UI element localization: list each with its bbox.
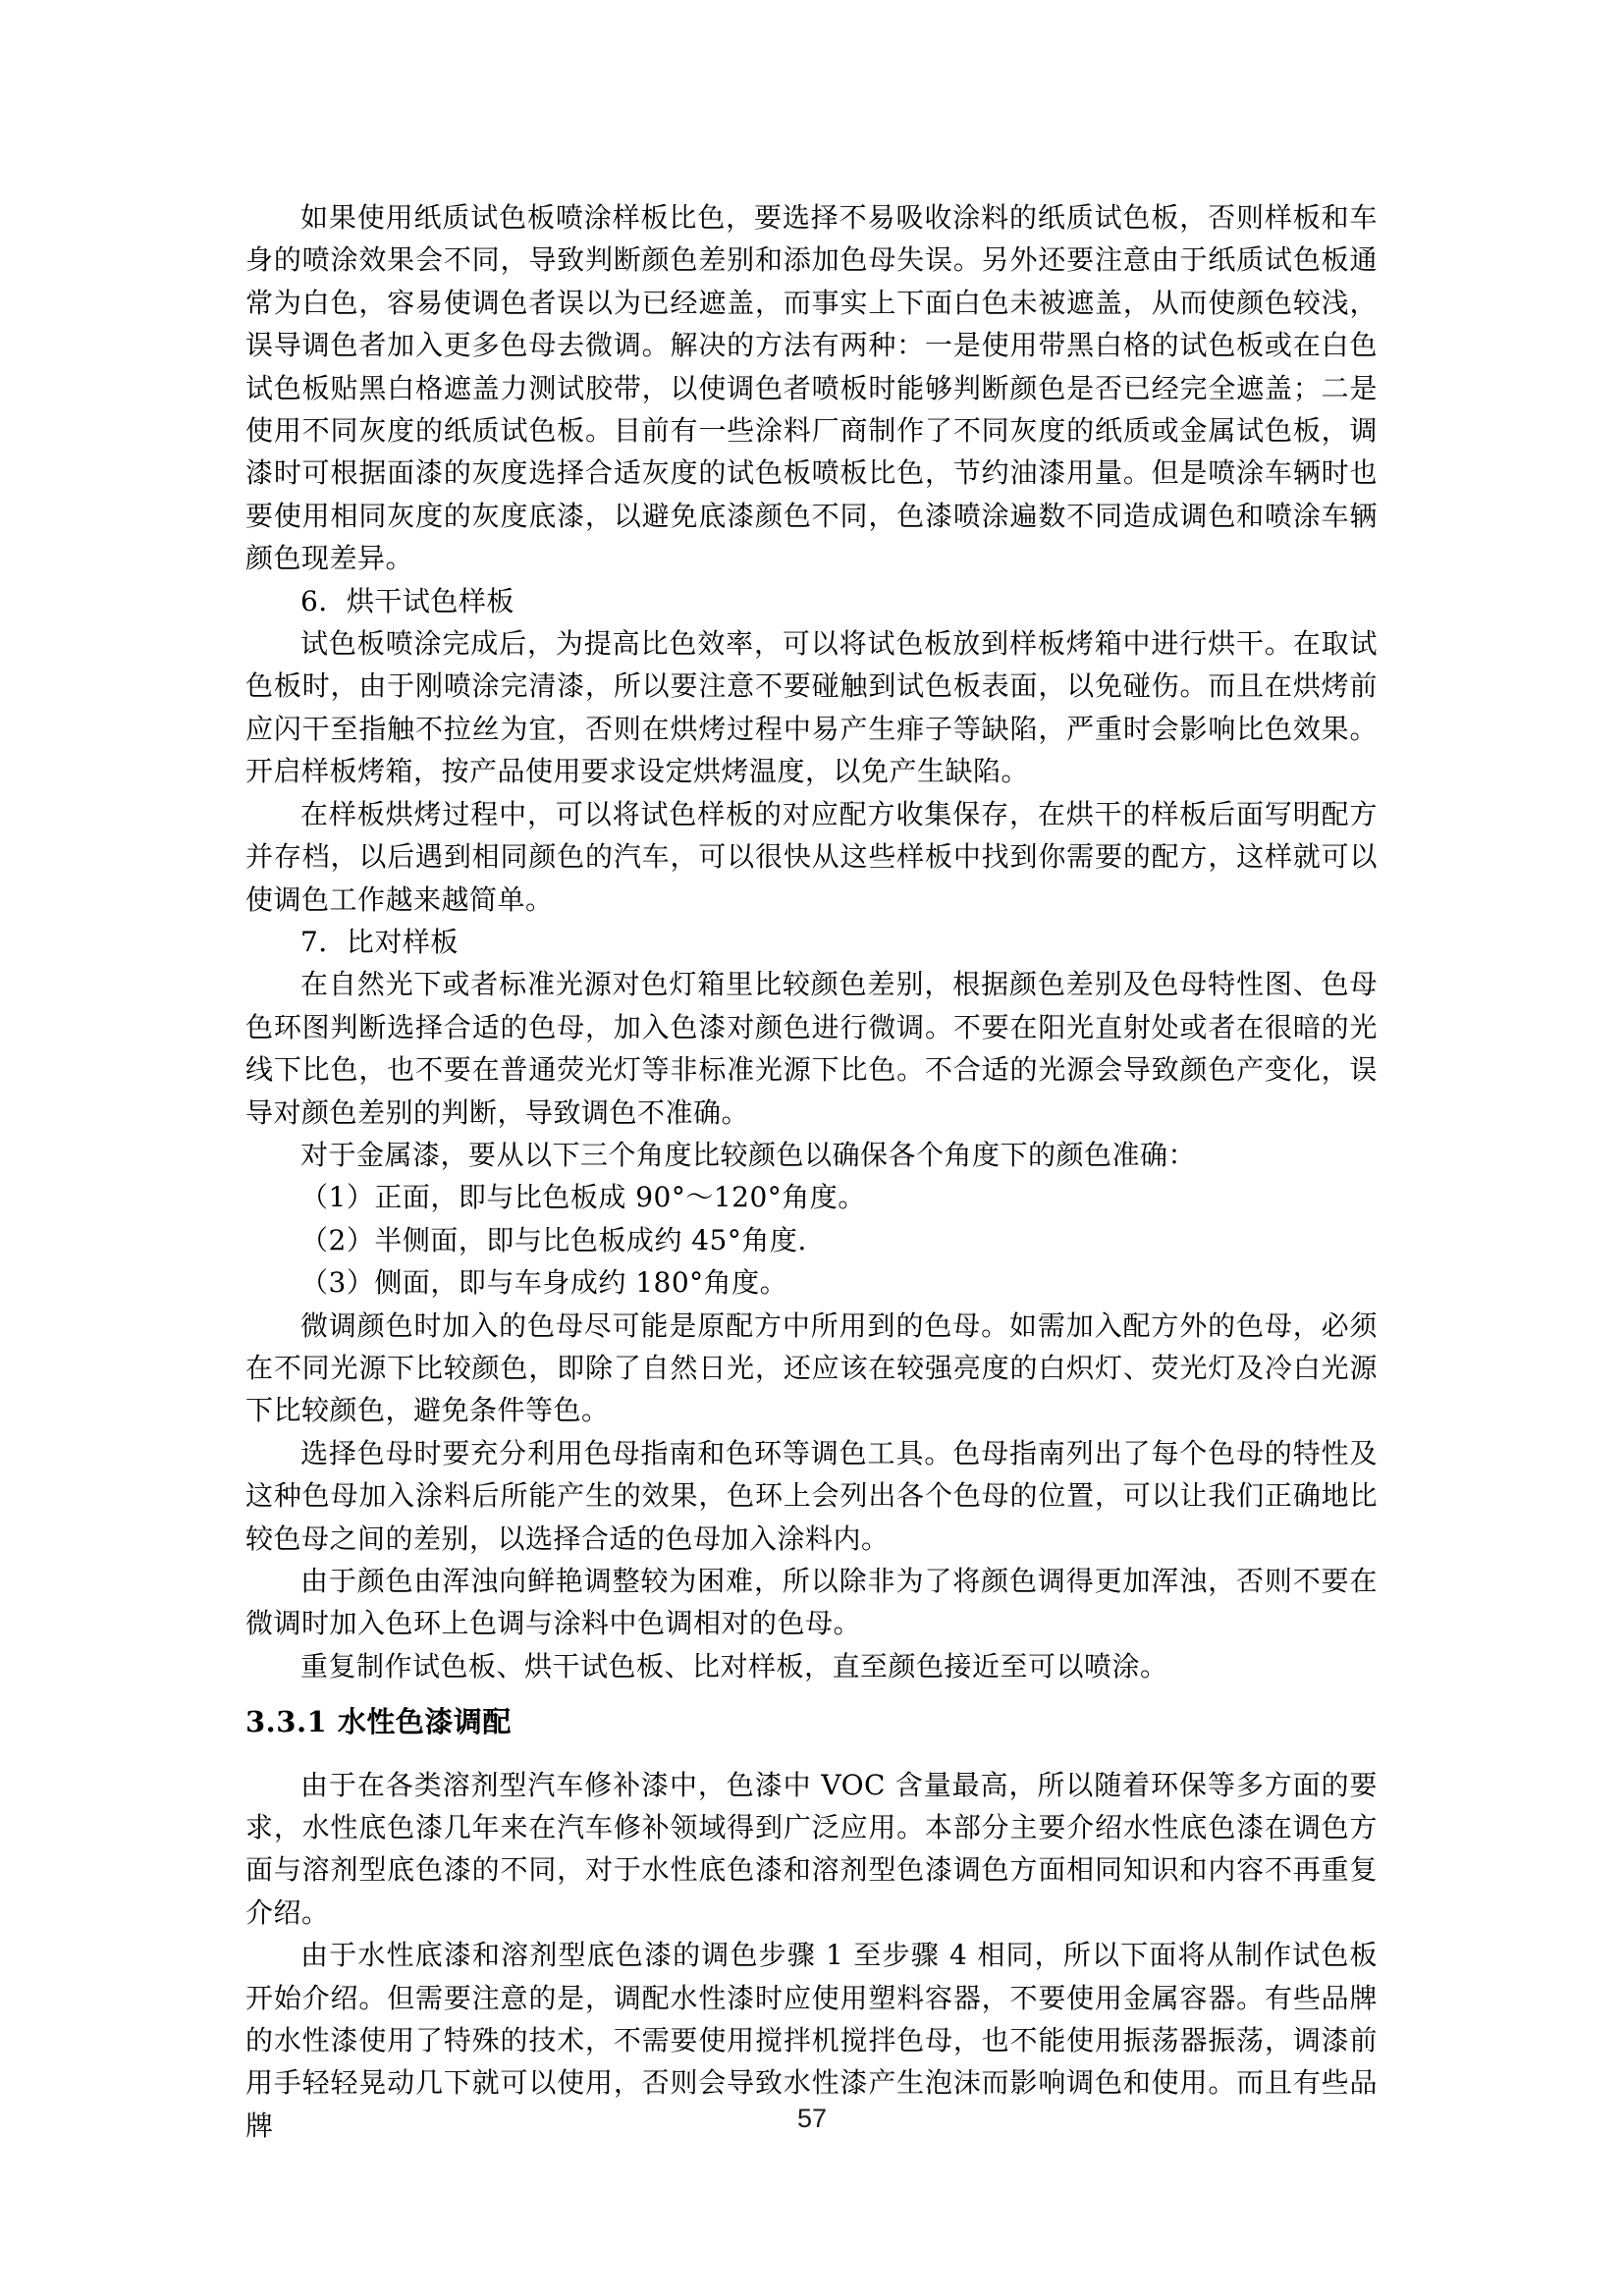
body-paragraph: 微调颜色时加入的色母尽可能是原配方中所用到的色母。如需加入配方外的色母，必须在不…: [245, 1305, 1378, 1432]
numbered-subheading-7: 7．比对样板: [245, 921, 1378, 963]
angle-item-1: （1）正面，即与比色板成 90°～120°角度。: [245, 1176, 1378, 1218]
body-paragraph: 在自然光下或者标准光源对色灯箱里比较颜色差别，根据颜色差别及色母特性图、色母色环…: [245, 963, 1378, 1134]
document-body: 如果使用纸质试色板喷涂样板比色，要选择不易吸收涂料的纸质试色板，否则样板和车身的…: [245, 196, 1378, 2147]
body-paragraph: 选择色母时要充分利用色母指南和色环等调色工具。色母指南列出了每个色母的特性及这种…: [245, 1432, 1378, 1560]
body-paragraph: 试色板喷涂完成后，为提高比色效率，可以将试色板放到样板烤箱中进行烘干。在取试色板…: [245, 622, 1378, 793]
body-paragraph: 在样板烘烤过程中，可以将试色样板的对应配方收集保存，在烘干的样板后面写明配方并存…: [245, 793, 1378, 921]
body-paragraph: 重复制作试色板、烘干试色板、比对样板，直至颜色接近至可以喷涂。: [245, 1645, 1378, 1687]
angle-item-2: （2）半侧面，即与比色板成约 45°角度.: [245, 1219, 1378, 1261]
section-heading-3-3-1: 3.3.1 水性色漆调配: [245, 1701, 1378, 1743]
document-page: 如果使用纸质试色板喷涂样板比色，要选择不易吸收涂料的纸质试色板，否则样板和车身的…: [0, 0, 1624, 2296]
body-paragraph: 由于颜色由浑浊向鲜艳调整较为困难，所以除非为了将颜色调得更加浑浊，否则不要在微调…: [245, 1560, 1378, 1645]
body-paragraph: 如果使用纸质试色板喷涂样板比色，要选择不易吸收涂料的纸质试色板，否则样板和车身的…: [245, 196, 1378, 580]
body-paragraph: 由于在各类溶剂型汽车修补漆中，色漆中 VOC 含量最高，所以随着环保等多方面的要…: [245, 1764, 1378, 1935]
angle-item-3: （3）侧面，即与车身成约 180°角度。: [245, 1261, 1378, 1304]
numbered-subheading-6: 6．烘干试色样板: [245, 580, 1378, 622]
body-paragraph: 对于金属漆，要从以下三个角度比较颜色以确保各个角度下的颜色准确：: [245, 1134, 1378, 1176]
page-number: 57: [0, 2104, 1624, 2134]
